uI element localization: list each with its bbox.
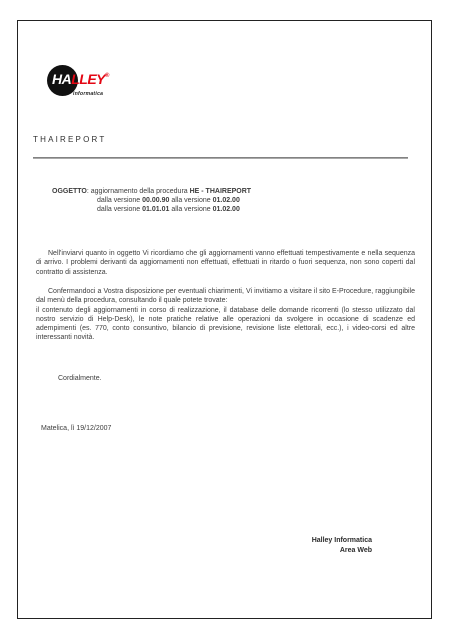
- document-title: THAIREPORT: [33, 135, 106, 144]
- logo-wordmark: HALLEY®: [52, 71, 109, 87]
- subject-label: OGGETTO: [52, 188, 87, 195]
- subject-intro: : aggiornamento della procedura: [87, 188, 190, 195]
- subject-procedure: HE - THAIREPORT: [190, 188, 251, 195]
- version-from: 01.01.01: [142, 206, 169, 213]
- version-to: 01.02.00: [213, 197, 240, 204]
- title-divider: [33, 157, 408, 159]
- subject-version-line-2: dalla versione 01.01.01 alla versione 01…: [52, 205, 251, 214]
- logo-text-ha: HA: [52, 71, 71, 87]
- place-and-date: Matelica, lì 19/12/2007: [41, 425, 111, 432]
- halley-logo: HALLEY® informatica: [47, 63, 127, 101]
- subject-version-line-1: dalla versione 00.00.90 alla versione 01…: [52, 196, 251, 205]
- version-mid: alla versione: [169, 206, 212, 213]
- signature-block: Halley Informatica Area Web: [312, 536, 372, 555]
- signature-department: Area Web: [312, 546, 372, 556]
- version-pre: dalla versione: [97, 197, 142, 204]
- subject-line-1: OGGETTO: aggiornamento della procedura H…: [52, 187, 251, 196]
- body-paragraph-2a: Confermandoci a Vostra disposizione per …: [36, 287, 415, 306]
- version-mid: alla versione: [169, 197, 212, 204]
- body-paragraph-2: Confermandoci a Vostra disposizione per …: [36, 287, 415, 343]
- version-pre: dalla versione: [97, 206, 142, 213]
- logo-text-lley: LLEY: [71, 71, 105, 87]
- body-paragraph-2b: il contenuto degli aggiornamenti in cors…: [36, 306, 415, 343]
- letter-screenshot: { "logo": { "ha": "HA", "lley": "LLEY", …: [0, 0, 452, 640]
- registered-trademark-icon: ®: [105, 73, 109, 79]
- closing-salutation: Cordialmente.: [58, 375, 102, 382]
- subject-block: OGGETTO: aggiornamento della procedura H…: [52, 187, 251, 214]
- version-from: 00.00.90: [142, 197, 169, 204]
- logo-subtitle: informatica: [73, 91, 103, 97]
- body-paragraph-1: Nell'inviarvi quanto in oggetto Vi ricor…: [36, 249, 415, 277]
- version-to: 01.02.00: [213, 206, 240, 213]
- letter-page: HALLEY® informatica THAIREPORT OGGETTO: …: [17, 20, 432, 619]
- signature-company: Halley Informatica: [312, 536, 372, 546]
